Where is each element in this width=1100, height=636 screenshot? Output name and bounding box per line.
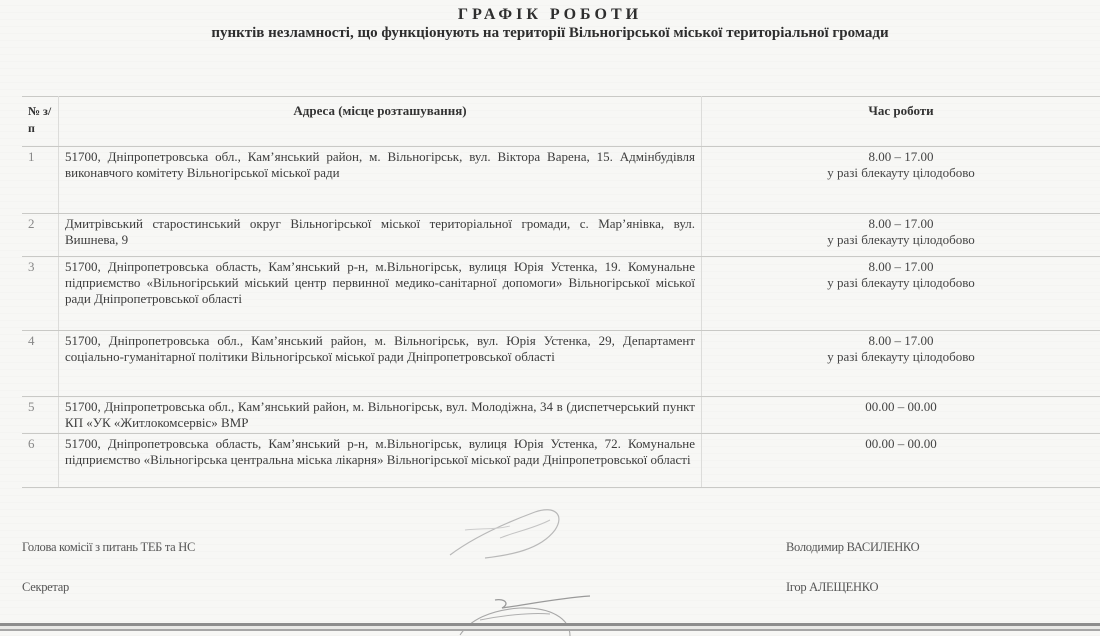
header-hours: Час роботи bbox=[702, 97, 1100, 147]
table-row: 6 51700, Дніпропетровська область, Кам’я… bbox=[22, 434, 1100, 488]
row-hours: 00.00 – 00.00 bbox=[708, 399, 1094, 415]
document-title: ГРАФІК РОБОТИ bbox=[0, 6, 1100, 24]
table-row: 2 Дмитрівський старостинський округ Віль… bbox=[22, 214, 1100, 257]
row-number: 6 bbox=[22, 434, 59, 488]
row-hours-note: у разі блекауту цілодобово bbox=[708, 165, 1094, 181]
table-row: 5 51700, Дніпропетровська обл., Кам’янсь… bbox=[22, 397, 1100, 434]
row-hours-note: у разі блекауту цілодобово bbox=[708, 232, 1094, 248]
row-number: 3 bbox=[22, 257, 59, 331]
schedule-table: № з/п Адреса (місце розташування) Час ро… bbox=[22, 96, 1100, 488]
table-row: 1 51700, Дніпропетровська обл., Кам’янсь… bbox=[22, 147, 1100, 214]
table-row: 3 51700, Дніпропетровська область, Кам’я… bbox=[22, 257, 1100, 331]
row-hours: 00.00 – 00.00 bbox=[708, 436, 1094, 452]
row-number: 5 bbox=[22, 397, 59, 434]
row-hours-note: у разі блекауту цілодобово bbox=[708, 349, 1094, 365]
bottom-divider bbox=[0, 629, 1100, 631]
row-number: 4 bbox=[22, 331, 59, 397]
row-number: 1 bbox=[22, 147, 59, 214]
document-subtitle: пунктів незламності, що функціонують на … bbox=[0, 25, 1100, 42]
row-hours: 8.00 – 17.00 bbox=[708, 149, 1094, 165]
row-address: 51700, Дніпропетровська обл., Кам’янськи… bbox=[59, 147, 702, 214]
header-number: № з/п bbox=[22, 97, 59, 147]
row-hours-cell: 00.00 – 00.00 bbox=[702, 434, 1100, 488]
table-row: 4 51700, Дніпропетровська обл., Кам’янсь… bbox=[22, 331, 1100, 397]
row-number: 2 bbox=[22, 214, 59, 257]
table-header-row: № з/п Адреса (місце розташування) Час ро… bbox=[22, 97, 1100, 147]
signature-mark-chair bbox=[440, 500, 590, 570]
row-hours-cell: 00.00 – 00.00 bbox=[702, 397, 1100, 434]
row-hours-cell: 8.00 – 17.00 у разі блекауту цілодобово bbox=[702, 147, 1100, 214]
signatory-name: Володимир ВАСИЛЕНКО bbox=[786, 540, 919, 555]
signatory-position: Секретар bbox=[22, 580, 69, 595]
row-hours-note: у разі блекауту цілодобово bbox=[708, 275, 1094, 291]
header-address: Адреса (місце розташування) bbox=[59, 97, 702, 147]
row-address: 51700, Дніпропетровська область, Кам’янс… bbox=[59, 257, 702, 331]
row-hours-cell: 8.00 – 17.00 у разі блекауту цілодобово bbox=[702, 214, 1100, 257]
signatory-name: Ігор АЛЕЩЕНКО bbox=[786, 580, 878, 595]
row-hours-cell: 8.00 – 17.00 у разі блекауту цілодобово bbox=[702, 331, 1100, 397]
row-address: Дмитрівський старостинський округ Вільно… bbox=[59, 214, 702, 257]
row-address: 51700, Дніпропетровська обл., Кам’янськи… bbox=[59, 397, 702, 434]
row-hours: 8.00 – 17.00 bbox=[708, 216, 1094, 232]
row-address: 51700, Дніпропетровська обл., Кам’янськи… bbox=[59, 331, 702, 397]
row-hours-cell: 8.00 – 17.00 у разі блекауту цілодобово bbox=[702, 257, 1100, 331]
signatory-position: Голова комісії з питань ТЕБ та НС bbox=[22, 540, 195, 555]
row-hours: 8.00 – 17.00 bbox=[708, 259, 1094, 275]
row-hours: 8.00 – 17.00 bbox=[708, 333, 1094, 349]
row-address: 51700, Дніпропетровська область, Кам’янс… bbox=[59, 434, 702, 488]
